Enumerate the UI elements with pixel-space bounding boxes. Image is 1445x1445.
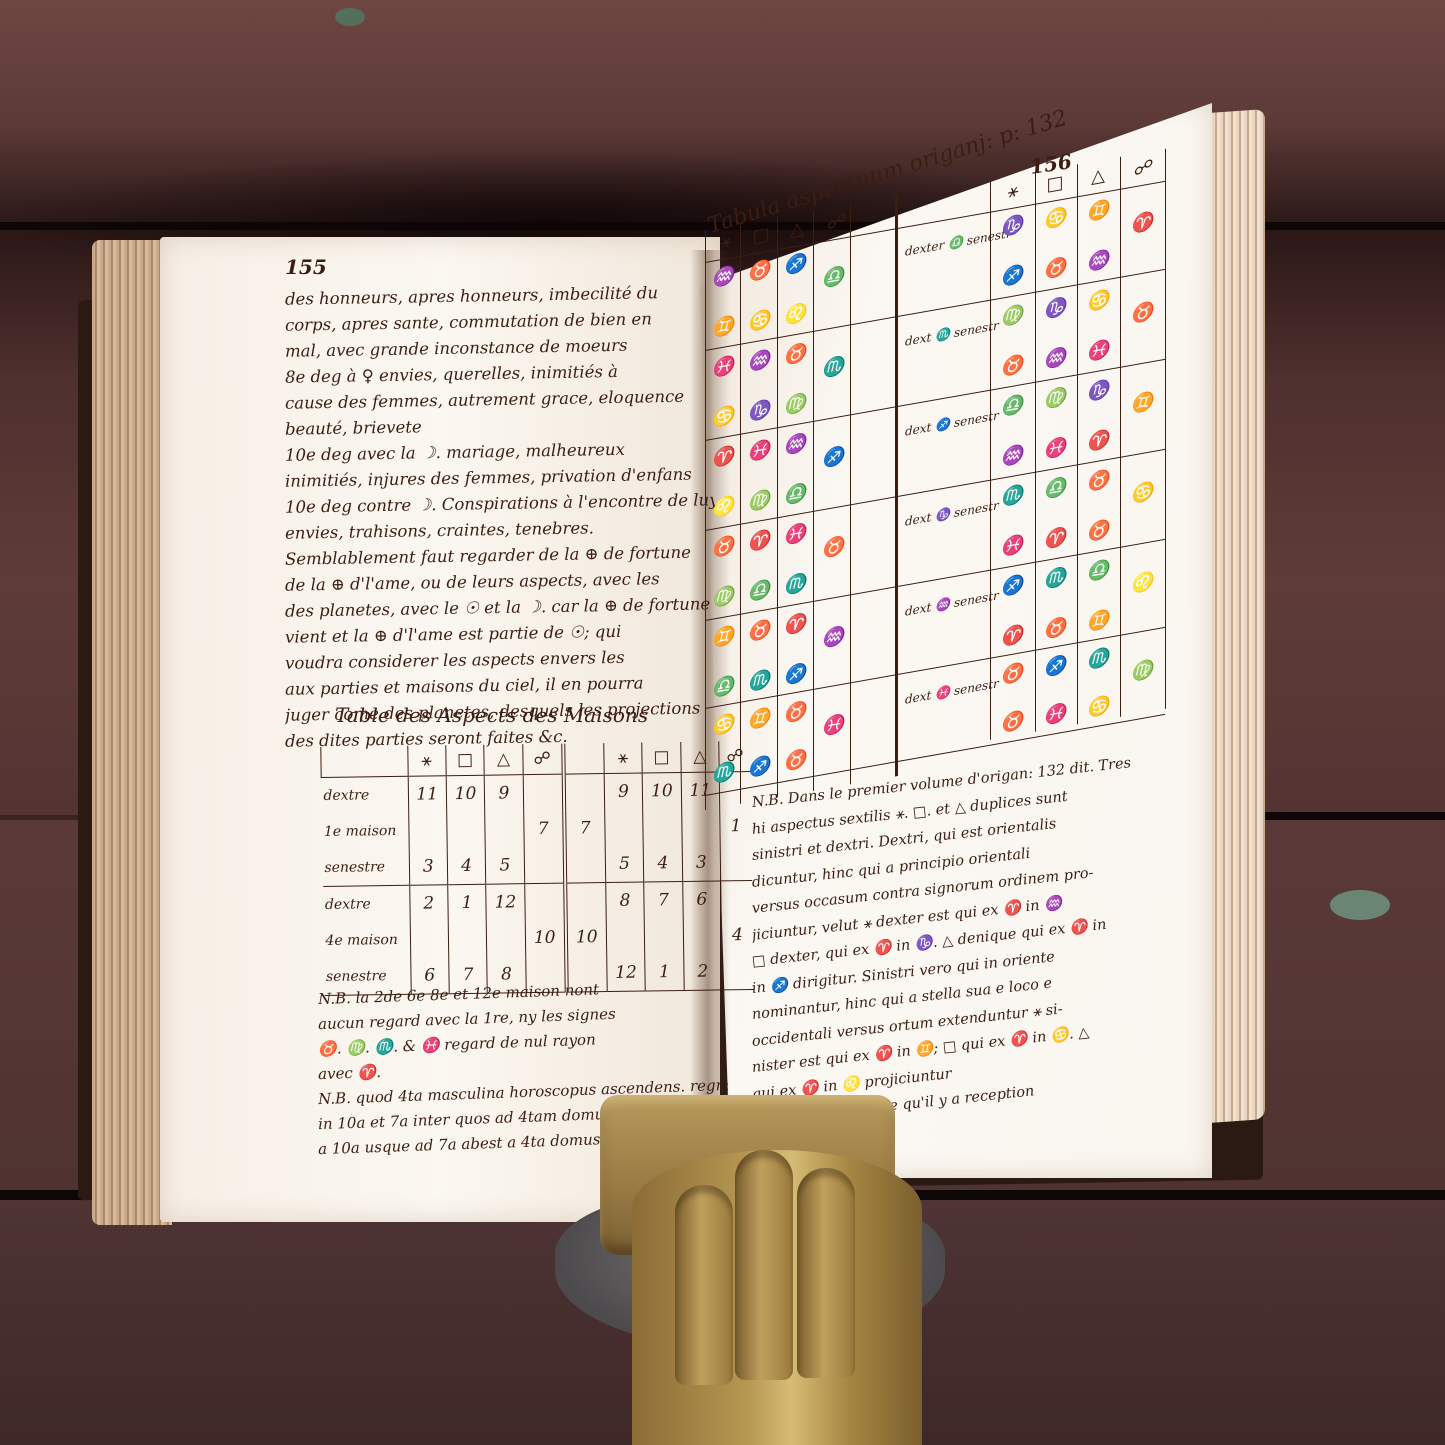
table-cell xyxy=(523,774,564,811)
sign-cell: ♊ xyxy=(739,705,779,733)
sign-cell: ♍ xyxy=(775,391,815,419)
sign-cell: ♑ xyxy=(1078,377,1118,405)
table-cell xyxy=(606,919,645,956)
table-cell xyxy=(565,883,606,920)
sign-cell: ♉ xyxy=(992,352,1032,380)
sign-cell: ♋ xyxy=(703,711,743,739)
table-cell: 7 xyxy=(644,881,683,918)
sign-cell: ♒ xyxy=(1078,247,1118,275)
table-cell: 10 xyxy=(446,775,485,812)
houses-aspect-table: ⚹ □ △ ☍ ⚹ □ △ ☍ dextre 11 10 9 9 10 11 1… xyxy=(320,741,753,996)
table-title: Table des Aspects des Maisons xyxy=(335,703,648,727)
right-page-notes: N.B. Dans le premier volume d'origan: 13… xyxy=(752,790,1192,1135)
table-cell xyxy=(524,847,565,884)
table-row: dextre 2 1 12 8 7 6 xyxy=(323,880,753,922)
sign-cell: ♋ xyxy=(703,403,743,431)
sign-cell: ♓ xyxy=(1035,435,1075,463)
sextile-header: ⚹ xyxy=(604,743,643,774)
row-label: dextre xyxy=(323,885,410,923)
sign-cell: ♐ xyxy=(992,262,1032,290)
paint-speck xyxy=(335,8,365,26)
sign-cell: ♌ xyxy=(1122,569,1162,597)
trine-header: △ xyxy=(1078,162,1118,190)
sign-cell: ♐ xyxy=(1035,653,1075,681)
sign-cell: ♎ xyxy=(775,481,815,509)
sign-cell: ♊ xyxy=(703,623,743,651)
sign-cell: ♎ xyxy=(739,577,779,605)
sign-cell: ♉ xyxy=(1035,615,1075,643)
table-cell xyxy=(524,883,565,920)
sign-cell: ♋ xyxy=(1078,693,1118,721)
sign-cell: ♏ xyxy=(813,354,853,382)
sign-cell: ♓ xyxy=(1078,337,1118,365)
sign-cell: ♉ xyxy=(775,699,815,727)
row-label: dext ♑ senestr xyxy=(905,498,999,529)
brass-finger xyxy=(797,1168,855,1378)
sign-cell: ♉ xyxy=(1035,255,1075,283)
sign-cell: ♉ xyxy=(775,747,815,775)
row-label: dextre xyxy=(321,776,408,814)
sign-cell: ♎ xyxy=(1078,557,1118,585)
sign-cell: ♓ xyxy=(1035,701,1075,729)
table-cell: 3 xyxy=(409,848,448,885)
sign-cell: ♈ xyxy=(992,622,1032,650)
table-row: senestre 3 4 5 5 4 3 xyxy=(322,844,752,886)
table-cell: 4 xyxy=(447,848,486,885)
table-cell xyxy=(410,921,449,958)
table-cell: 9 xyxy=(604,773,643,810)
table-cell: 10 xyxy=(566,919,607,956)
table-cell xyxy=(681,808,720,845)
sign-cell: ♐ xyxy=(775,661,815,689)
sign-cell: ♍ xyxy=(1122,657,1162,685)
grid-line xyxy=(850,204,851,784)
sign-cell: ♐ xyxy=(813,444,853,472)
sign-cell: ♒ xyxy=(739,347,779,375)
square-header: □ xyxy=(1035,170,1075,198)
row-label: 1e maison xyxy=(322,813,409,850)
sign-cell: ♉ xyxy=(703,533,743,561)
sign-cell: ♐ xyxy=(992,572,1032,600)
row-label: 4e maison xyxy=(323,922,410,959)
row-label: dext ♐ senestr xyxy=(905,408,999,439)
sign-cell: ♉ xyxy=(1122,299,1162,327)
sign-cell: ♊ xyxy=(1122,389,1162,417)
sign-cell: ♈ xyxy=(703,443,743,471)
table-cell: 6 xyxy=(682,881,721,918)
sign-cell: ♎ xyxy=(703,673,743,701)
square-header: □ xyxy=(446,745,485,776)
square-header: □ xyxy=(741,222,781,250)
table-cell xyxy=(683,917,722,954)
table-cell: 9 xyxy=(485,775,524,812)
sign-cell: ♎ xyxy=(992,392,1032,420)
table-cell xyxy=(605,810,644,847)
table-cell: 4 xyxy=(643,845,682,882)
sign-cell: ♋ xyxy=(1035,205,1075,233)
sign-cell: ♉ xyxy=(1078,467,1118,495)
row-label: dext ♓ senestr xyxy=(905,676,999,707)
sign-cell: ♑ xyxy=(739,397,779,425)
sign-cell: ♓ xyxy=(703,353,743,381)
table-cell xyxy=(485,811,524,848)
opposition-header: ☍ xyxy=(1122,154,1162,182)
sign-cell: ♏ xyxy=(1078,645,1118,673)
table-cell: 10 xyxy=(525,920,566,957)
header-cell xyxy=(321,746,408,778)
brass-finger xyxy=(735,1150,793,1380)
sign-cell: ♏ xyxy=(1035,565,1075,593)
table-cell: 5 xyxy=(486,847,525,884)
table-cell xyxy=(448,921,487,958)
sign-cell: ♓ xyxy=(739,437,779,465)
sign-cell: ♓ xyxy=(992,532,1032,560)
left-page-text: des honneurs, apres honneurs, imbecilité… xyxy=(285,283,715,751)
sign-cell: ♉ xyxy=(775,341,815,369)
trine-header: △ xyxy=(484,744,523,775)
table-cell: 7 xyxy=(564,810,605,847)
table-cell: 1 xyxy=(448,884,487,921)
table-cell xyxy=(720,844,752,881)
trine-header: △ xyxy=(777,215,817,243)
sign-cell: ♋ xyxy=(1078,287,1118,315)
table-cell xyxy=(447,812,486,849)
table-cell xyxy=(563,774,604,811)
aspect-table-grid: ⚹ □ △ ☍ ⚹ □ △ ☍ ♒ ♉ ♐ ♎ ♊ ♋ ♌ ♓ ♒ ♉ ♏ ♋ … xyxy=(705,147,1175,790)
row-label: dext ♒ senestr xyxy=(905,588,999,619)
sign-cell: ♒ xyxy=(992,442,1032,470)
brass-finger xyxy=(675,1185,733,1385)
square-header: □ xyxy=(642,742,681,773)
sign-cell: ♉ xyxy=(813,534,853,562)
page-number-left: 155 xyxy=(285,255,327,279)
sign-cell: ♒ xyxy=(775,431,815,459)
row-label: senestre xyxy=(322,849,409,887)
sign-cell: ♐ xyxy=(775,251,815,279)
sign-cell: ♐ xyxy=(739,753,779,781)
sign-cell: ♉ xyxy=(739,257,779,285)
sign-cell: ♒ xyxy=(703,263,743,291)
sign-cell: ♈ xyxy=(775,611,815,639)
table-cell: 2 xyxy=(409,885,448,922)
grid-line xyxy=(1165,149,1166,709)
sign-cell: ♈ xyxy=(1035,525,1075,553)
row-label: dext ♏ senestr xyxy=(905,318,999,349)
table-cell xyxy=(721,880,753,917)
sign-cell: ♎ xyxy=(813,264,853,292)
plank-gap xyxy=(1250,812,1445,820)
sign-cell: ♍ xyxy=(703,583,743,611)
header-cell xyxy=(563,743,604,774)
table-cell: 8 xyxy=(606,882,645,919)
sextile-header: ⚹ xyxy=(705,228,745,256)
sign-cell: ♌ xyxy=(775,301,815,329)
sign-cell: ♍ xyxy=(992,302,1032,330)
table-row: 4e maison 10 10 4 xyxy=(323,917,753,959)
table-cell xyxy=(487,920,526,957)
table-cell: 3 xyxy=(682,844,721,881)
grid-line xyxy=(1120,157,1121,717)
sign-cell: ♏ xyxy=(703,759,743,787)
sign-cell: ♊ xyxy=(1078,197,1118,225)
sign-cell: ♓ xyxy=(813,712,853,740)
sign-cell: ♍ xyxy=(739,487,779,515)
sign-cell: ♉ xyxy=(1078,517,1118,545)
sign-cell: ♏ xyxy=(739,667,779,695)
table-cell: 7 xyxy=(523,811,564,848)
sign-cell: ♈ xyxy=(739,527,779,555)
sign-cell: ♊ xyxy=(703,313,743,341)
table-cell: 4 xyxy=(721,917,753,953)
paint-speck xyxy=(1330,890,1390,920)
table-cell: 12 xyxy=(486,884,525,921)
sextile-header: ⚹ xyxy=(407,745,446,776)
sign-cell: ♒ xyxy=(1035,345,1075,373)
sign-cell: ♋ xyxy=(1122,479,1162,507)
sign-cell: ♉ xyxy=(739,617,779,645)
sign-cell: ♉ xyxy=(992,660,1032,688)
sign-cell: ♈ xyxy=(1122,209,1162,237)
table-cell xyxy=(644,918,683,955)
sign-cell: ♍ xyxy=(1035,385,1075,413)
table-cell: 5 xyxy=(605,846,644,883)
table-cell: 11 xyxy=(408,776,447,813)
sign-cell: ♉ xyxy=(992,708,1032,736)
sextile-header: ⚹ xyxy=(992,177,1032,205)
opposition-header: ☍ xyxy=(815,209,855,237)
sign-cell: ♏ xyxy=(992,482,1032,510)
table-cell xyxy=(643,809,682,846)
sign-cell: ♏ xyxy=(775,571,815,599)
sign-cell: ♑ xyxy=(1035,295,1075,323)
table-row: dextre 11 10 9 9 10 11 xyxy=(321,772,751,814)
table-cell: 1 xyxy=(720,808,752,844)
sign-cell: ♑ xyxy=(992,212,1032,240)
sign-cell: ♋ xyxy=(739,307,779,335)
table-cell: 10 xyxy=(642,772,681,809)
grid-line xyxy=(895,196,898,777)
sign-cell: ♌ xyxy=(703,493,743,521)
sign-cell: ♊ xyxy=(1078,607,1118,635)
table-row: 1e maison 7 7 1 xyxy=(322,808,752,850)
table-cell xyxy=(564,846,605,883)
sign-cell: ♒ xyxy=(813,624,853,652)
sign-cell: ♎ xyxy=(1035,475,1075,503)
sign-cell: ♓ xyxy=(775,521,815,549)
grid-line xyxy=(990,180,991,740)
sign-cell: ♈ xyxy=(1078,427,1118,455)
table-cell xyxy=(408,812,447,849)
opposition-header: ☍ xyxy=(522,744,563,775)
